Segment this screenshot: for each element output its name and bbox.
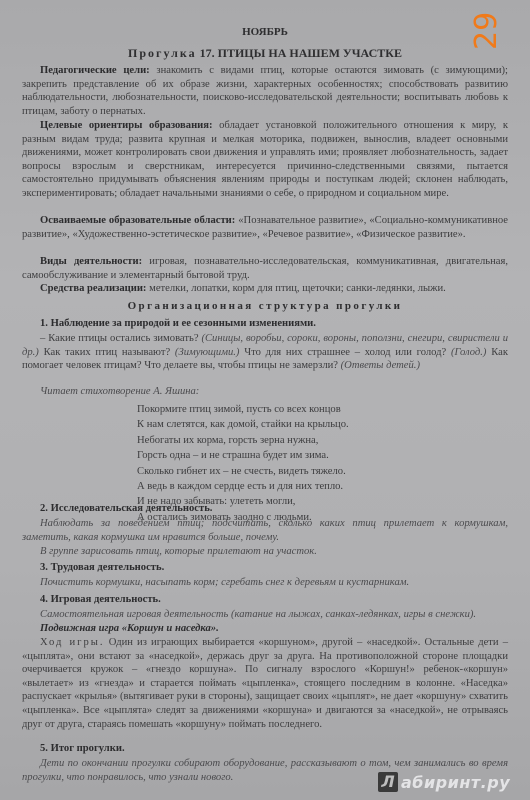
targets-text: обладает установкой положительного отнош… — [22, 120, 508, 199]
game-rules: Ход игры. Один из играющих выбирается «к… — [22, 636, 508, 731]
section-1-dialogue: – Какие птицы остались зимовать? (Синицы… — [22, 332, 508, 373]
labirint-logo-icon: Л — [378, 772, 398, 792]
section-4-heading: 4. Игровая деятельность. — [40, 594, 161, 605]
poem-line: Покормите птиц зимой, пусть со всех конц… — [137, 402, 349, 417]
pedagogical-goals: Педагогические цели: знакомить с видами … — [22, 64, 508, 118]
game-title-text: Подвижная игра «Коршун и наседка». — [40, 623, 219, 634]
question-2: Как таких птиц называют? — [39, 347, 175, 358]
section-2-paragraph-2: В группе зарисовать птиц, которые прилет… — [40, 546, 317, 557]
answer-2: (Зимующими.) — [175, 347, 240, 358]
goals-label: Педагогические цели: — [40, 65, 150, 76]
targets-label: Целевые ориентиры образования: — [40, 120, 213, 131]
section-3-paragraph: Почистить кормушки, насыпать корм; сгреб… — [40, 577, 409, 588]
date-stamp-text: 29 1 — [469, 0, 504, 50]
section-4-text: Самостоятельная игровая деятельность (ка… — [22, 608, 508, 622]
poem-line: Сколько гибнет их – не счесть, видеть тя… — [137, 464, 349, 479]
section-2-text-2: В группе зарисовать птиц, которые прилет… — [22, 545, 508, 559]
poem-line: А ведь в каждом сердце есть и для них те… — [137, 479, 349, 494]
section-2-heading: 2. Исследовательская деятельность. — [40, 503, 212, 514]
section-2-paragraph-1: Наблюдать за поведением птиц; подсчитать… — [22, 518, 508, 543]
activities-label: Виды деятельности: — [40, 256, 142, 267]
implementation-means: Средства реализации: метелки, лопатки, к… — [22, 282, 508, 296]
walk-title-prefix: Прогулка — [128, 46, 197, 60]
means-text: метелки, лопатки, корм для птиц, щеточки… — [146, 283, 445, 294]
educational-areas: Осваиваемые образовательные области: «По… — [22, 214, 508, 241]
book-page: 29 1 НОЯБРЬ Прогулка 17. ПТИЦЫ НА НАШЕМ … — [0, 0, 530, 800]
poem-intro-text: Читает стихотворение А. Яшина: — [40, 386, 199, 397]
poem-intro: Читает стихотворение А. Яшина: — [22, 385, 508, 399]
section-3-heading: 3. Трудовая деятельность. — [40, 562, 164, 573]
section-4-paragraph: Самостоятельная игровая деятельность (ка… — [40, 609, 476, 620]
question-1: – Какие птицы остались зимовать? — [40, 333, 201, 344]
target-guidelines: Целевые ориентиры образования: обладает … — [22, 119, 508, 201]
labirint-watermark: Л абиринт.ру — [378, 772, 510, 792]
month-heading: НОЯБРЬ — [0, 26, 530, 38]
activity-types: Виды деятельности: игровая, познавательн… — [22, 255, 508, 282]
walk-title-rest: 17. ПТИЦЫ НА НАШЕМ УЧАСТКЕ — [197, 46, 402, 60]
structure-title: Организационная структура прогулки — [0, 300, 530, 312]
question-3: Что для них страшнее – холод или голод? — [239, 347, 451, 358]
areas-label: Осваиваемые образовательные области: — [40, 215, 235, 226]
labirint-watermark-text: абиринт.ру — [401, 773, 510, 792]
section-1-heading: 1. Наблюдение за природой и ее сезонными… — [40, 318, 316, 329]
rules-label: Ход игры. — [40, 637, 105, 648]
poem-line: Горсть одна – и не страшна будет им зима… — [137, 448, 349, 463]
answer-3: (Голод.) — [451, 347, 486, 358]
poem-line: К нам слетятся, как домой, стайки на кры… — [137, 417, 349, 432]
section-3-text: Почистить кормушки, насыпать корм; сгреб… — [22, 576, 508, 590]
poem-line: Небогаты их корма, горсть зерна нужна, — [137, 433, 349, 448]
rules-text: Один из играющих выбирается «коршуном», … — [22, 637, 508, 730]
section-2-text: Наблюдать за поведением птиц; подсчитать… — [22, 517, 508, 544]
walk-title: Прогулка 17. ПТИЦЫ НА НАШЕМ УЧАСТКЕ — [0, 46, 530, 61]
means-label: Средства реализации: — [40, 283, 146, 294]
game-title: Подвижная игра «Коршун и наседка». — [22, 622, 508, 636]
answer-4: (Ответы детей.) — [341, 360, 420, 371]
section-5-heading: 5. Итог прогулки. — [40, 743, 125, 754]
